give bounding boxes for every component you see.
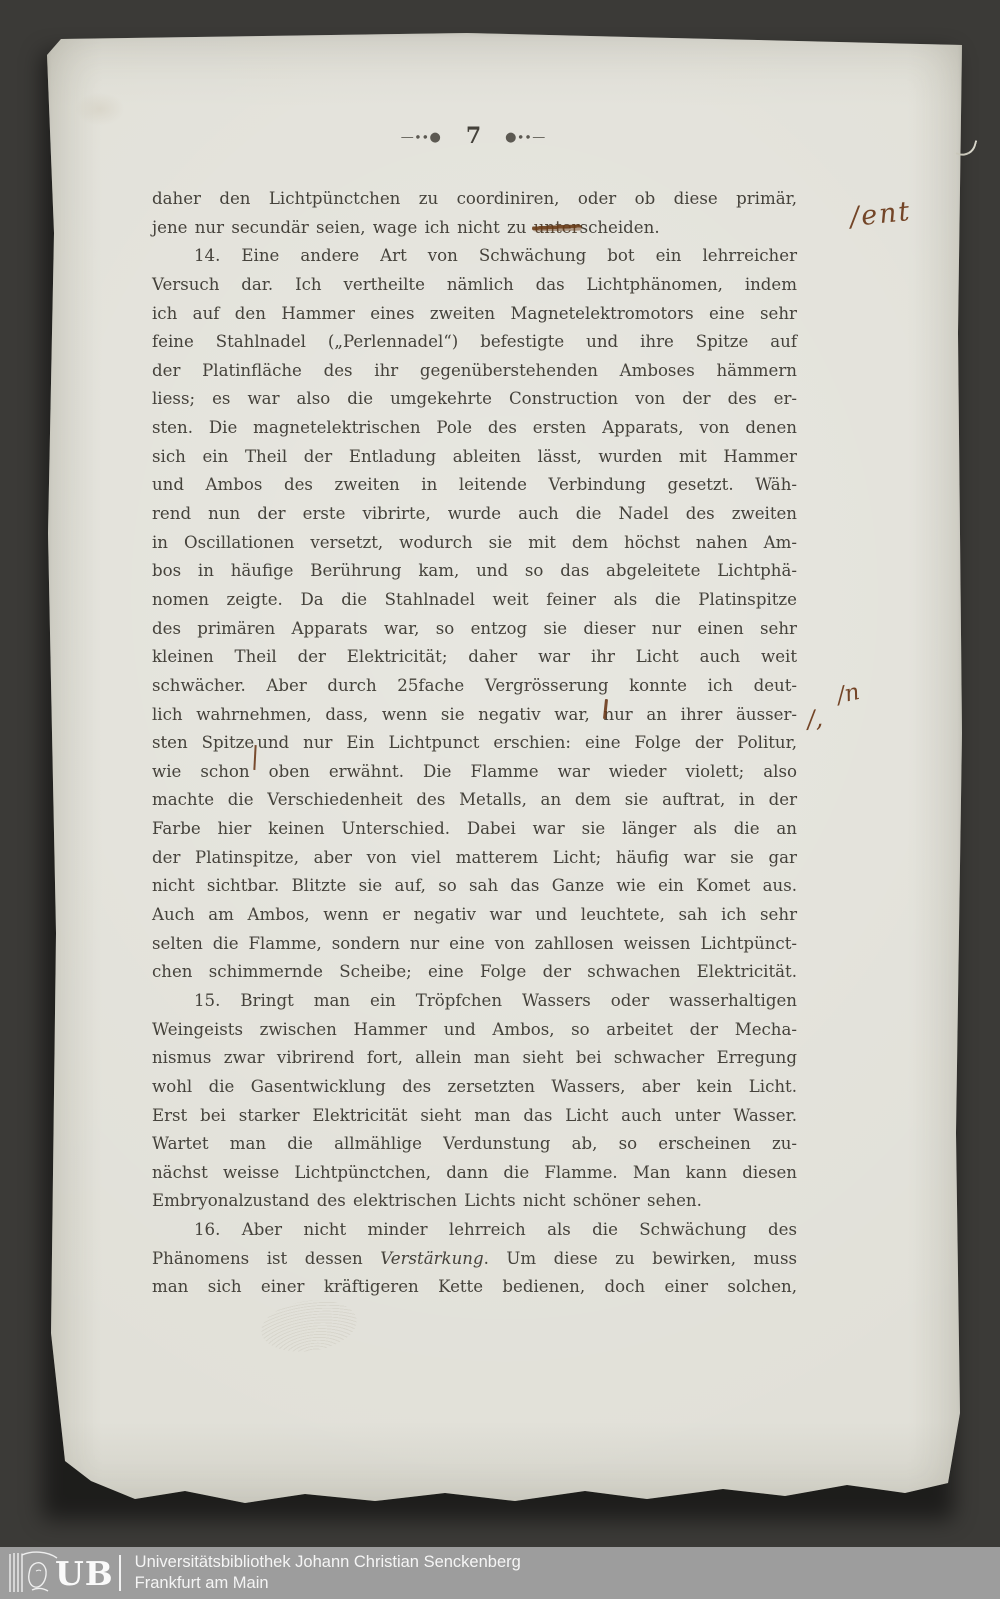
fingerprint-smudge [258,1295,360,1358]
text-line: selten die Flamme, sondern nur eine von … [152,930,797,959]
text-line: bos in häufige Berührung kam, und so das… [152,557,797,586]
text-line: der Platinspitze, aber von viel matterem… [152,844,797,873]
text-line: Erst bei starker Elektricität sieht man … [152,1102,797,1131]
library-city: Frankfurt am Main [135,1573,521,1594]
text-line: Auch am Ambos, wenn er negativ war und l… [152,901,797,930]
text-line: sten Spitzeund nur Ein Lichtpunct erschi… [152,729,797,758]
text-line: 16. Aber nicht minder lehrreich als die … [152,1216,797,1245]
text-line: daher den Lichtpünctchen zu coordiniren,… [152,185,797,214]
text-line: nomen zeigte. Da die Stahlnadel weit fei… [152,586,797,615]
text-line: in Oscillationen versetzt, wodurch sie m… [152,529,797,558]
text-line: Weingeists zwischen Hammer und Ambos, so… [152,1016,797,1045]
text-line: ich auf den Hammer eines zweiten Magnete… [152,300,797,329]
text-line: schwächer. Aber durch 25fache Vergrösser… [152,672,797,701]
text-line: nismus zwar vibrirend fort, allein man s… [152,1044,797,1073]
text-line: jene nur secundär seien, wage ich nicht … [152,214,797,243]
text-line: wie schon oben erwähnt. Die Flamme war w… [152,758,797,787]
page-header: —∙∙● 7 ●∙∙— [152,123,795,149]
handwritten-note-ent: /ent [849,196,913,233]
text-line: sich ein Theil der Entladung ableiten lä… [152,443,797,472]
text-line: Wartet man die allmählige Verdunstung ab… [152,1130,797,1159]
handwritten-note-tick: /, [806,704,825,733]
footer-bar: UB Universitätsbibliothek Johann Christi… [0,1547,1000,1599]
text-line: sten. Die magnetelektrischen Pole des er… [152,414,797,443]
text-line: Farbe hier keinen Unterschied. Dabei war… [152,815,797,844]
ub-logo-text: UB [55,1557,114,1590]
text-line: liess; es war also die umgekehrte Constr… [152,385,797,414]
text-line: des primären Apparats war, so entzog sie… [152,615,797,644]
book-page: —∙∙● 7 ●∙∙— daher den Lichtpünctchen zu … [47,33,962,1510]
text-line: und Ambos des zweiten in leitende Verbin… [152,471,797,500]
ub-logo: UB [0,1547,121,1599]
page-number: 7 [466,123,481,149]
library-name: Universitätsbibliothek Johann Christian … [135,1552,521,1573]
text-line: 14. Eine andere Art von Schwächung bot e… [152,242,797,271]
text-line: rend nun der erste vibrirte, wurde auch … [152,500,797,529]
text-line: wohl die Gasentwicklung des zersetzten W… [152,1073,797,1102]
text-line: kleinen Theil der Elektricität; daher wa… [152,643,797,672]
text-line: lich wahrnehmen, dass, wenn sie negativ … [152,701,797,730]
text-line: der Platinfläche des ihr gegenüberstehen… [152,357,797,386]
text-block: daher den Lichtpünctchen zu coordiniren,… [152,185,797,1302]
text-line: nicht sichtbar. Blitzte sie auf, so sah … [152,872,797,901]
ink-ink-n-mark: n [603,705,614,724]
text-line: machte die Verschiedenheit des Metalls, … [152,786,797,815]
text-line: Embryonalzustand des elektrischen Lichts… [152,1187,797,1216]
ink-strike-mark: unter [534,218,580,237]
handwritten-note-n: /n [835,679,862,709]
text-line: Phänomens ist dessen Verstärkung. Um die… [152,1245,797,1274]
text-line: nächst weisse Lichtpünctchen, dann die F… [152,1159,797,1188]
text-line: feine Stahlnadel („Perlennadel“) befesti… [152,328,797,357]
scanned-page-view: —∙∙● 7 ●∙∙— daher den Lichtpünctchen zu … [0,0,1000,1599]
text-line: 15. Bringt man ein Tröpfchen Wassers ode… [152,987,797,1016]
paper-stain [65,85,135,133]
logo-divider [119,1555,121,1591]
ub-logo-graphic [7,1549,61,1597]
ink-italic-mark: Verstärkung [380,1249,483,1268]
text-line: man sich einer kräftigeren Kette bediene… [152,1273,797,1302]
text-line: chen schimmernde Scheibe; eine Folge der… [152,958,797,987]
header-ornament-right: ●∙∙— [505,127,546,145]
header-ornament-left: —∙∙● [401,127,442,145]
text-line: Versuch dar. Ich vertheilte nämlich das … [152,271,797,300]
